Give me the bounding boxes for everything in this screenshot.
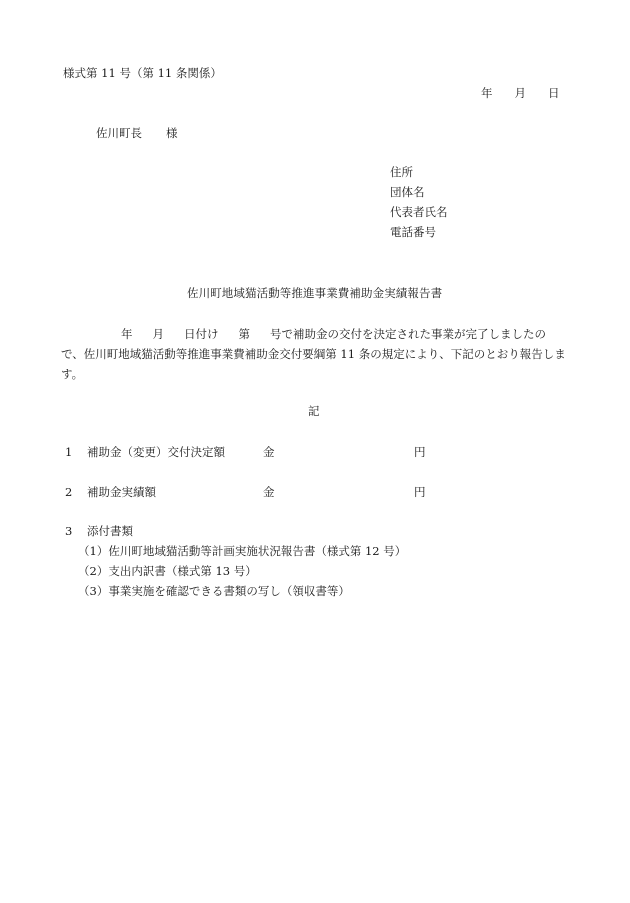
body-line-3: す。	[61, 364, 579, 384]
body-month: 月	[153, 327, 165, 341]
addressee-name: 佐川町長	[96, 126, 142, 140]
date-month-label: 月	[515, 88, 527, 100]
attachment-item: （2）支出内訳書（様式第 13 号）	[78, 566, 257, 578]
body-paragraph: 年月日付け第号で補助金の交付を決定された事業が完了しましたの で、佐川町地域猫活…	[61, 324, 579, 384]
ki-heading: 記	[308, 406, 320, 418]
addressee-honorific: 様	[166, 126, 178, 140]
attachments-number: 3	[65, 526, 72, 538]
document-title: 佐川町地域猫活動等推進事業費補助金実績報告書	[187, 288, 442, 300]
body-line-1-rest: 号で補助金の交付を決定された事業が完了しましたの	[270, 327, 546, 341]
addressee: 佐川町長様	[96, 128, 178, 140]
date-day-label: 日	[548, 88, 560, 100]
attachment-item: （3）事業実施を確認できる書類の写し（領収書等）	[78, 586, 350, 598]
applicant-phone-label: 電話番号	[390, 227, 436, 239]
item-2-number: 2	[65, 487, 72, 499]
item-1-number: 1	[65, 447, 72, 459]
form-number: 様式第 11 号（第 11 条関係）	[63, 68, 222, 80]
document-page: 様式第 11 号（第 11 条関係） 年月日 佐川町長様 住所 団体名 代表者氏…	[0, 0, 630, 903]
item-2-label: 補助金実績額	[87, 487, 156, 499]
applicant-group-label: 団体名	[390, 187, 425, 199]
item-1-unit: 円	[414, 447, 426, 459]
body-line-1: 年月日付け第号で補助金の交付を決定された事業が完了しましたの	[61, 324, 579, 344]
applicant-address-label: 住所	[390, 167, 413, 179]
date-year-label: 年	[481, 88, 493, 100]
body-year: 年	[121, 327, 133, 341]
body-line-2: で、佐川町地域猫活動等推進事業費補助金交付要綱第 11 条の規定により、下記のと…	[61, 344, 579, 364]
body-number-prefix: 第	[239, 327, 251, 341]
item-1-label: 補助金（変更）交付決定額	[87, 447, 225, 459]
applicant-representative-label: 代表者氏名	[390, 207, 448, 219]
item-2-prefix: 金	[263, 487, 275, 499]
attachment-item: （1）佐川町地域猫活動等計画実施状況報告書（様式第 12 号）	[78, 546, 406, 558]
body-dated: 日付け	[184, 327, 219, 341]
item-2-unit: 円	[414, 487, 426, 499]
item-1-prefix: 金	[263, 447, 275, 459]
date-line: 年月日	[481, 88, 560, 100]
attachments-label: 添付書類	[87, 526, 133, 538]
